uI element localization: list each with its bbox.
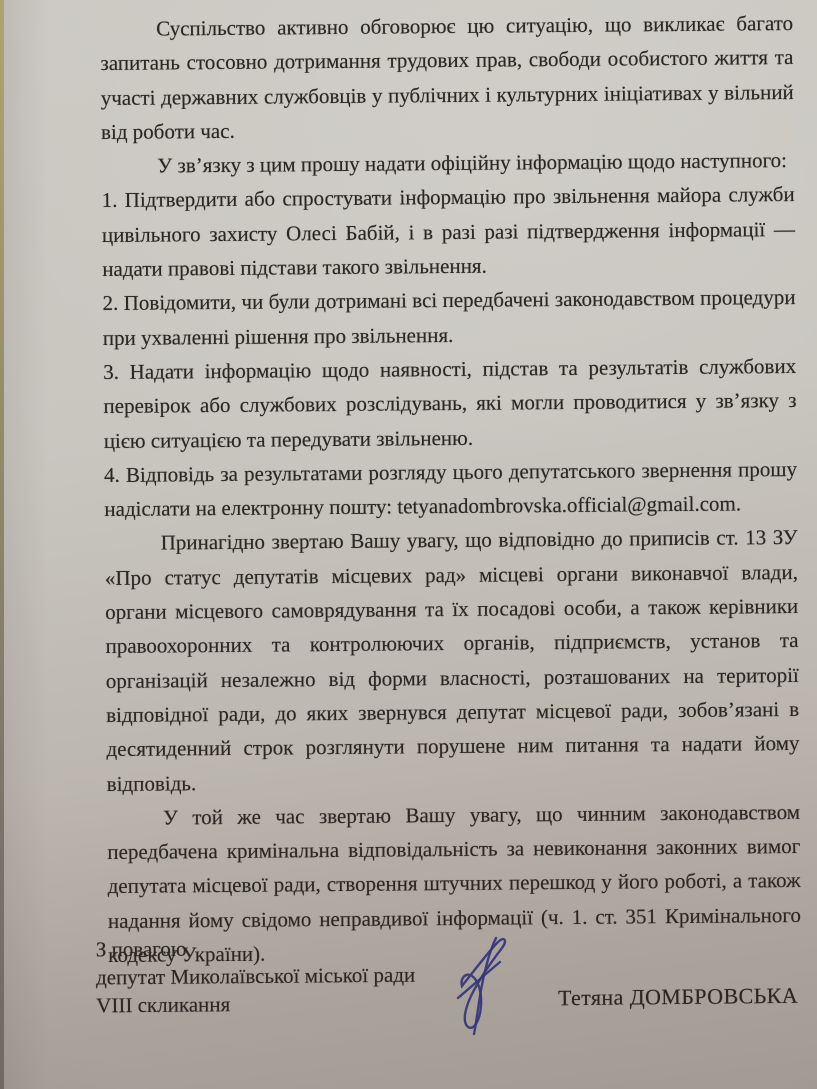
list-item-text: Підтвердити або спростувати інформацію п… <box>102 182 795 281</box>
closing-respect: З повагою <box>96 933 415 964</box>
list-item-number: 2. <box>102 291 118 315</box>
paragraph-law-reference: Принагідно звертаю Вашу увагу, що відпов… <box>105 520 800 800</box>
list-item-text: Відповідь за результатами розгляду цього… <box>104 457 797 521</box>
page-left-edge <box>0 0 4 1089</box>
list-item-text: Надати інформацію щодо наявності, підста… <box>103 354 796 453</box>
closing-block: З повагою депутат Миколаївської міської … <box>96 933 416 1020</box>
list-item-text: Повідомити, чи були дотримані всі передб… <box>103 285 796 349</box>
list-item-1: 1. Підтвердити або спростувати інформаці… <box>102 177 796 286</box>
closing-convocation: VIII скликання <box>96 989 415 1020</box>
list-item-number: 3. <box>103 360 119 384</box>
list-item-4: 4. Відповідь за результатами розгляду ць… <box>104 452 798 527</box>
letter-body: Суспільство активно обговорює цю ситуаці… <box>100 6 801 972</box>
list-item-number: 1. <box>102 188 118 212</box>
list-item-2: 2. Повідомити, чи були дотримані всі пер… <box>102 280 796 355</box>
list-item-3: 3. Надати інформацію щодо наявності, під… <box>103 349 797 458</box>
scanned-letter-page: Суспільство активно обговорює цю ситуаці… <box>0 0 817 1089</box>
handwritten-signature <box>432 928 542 1040</box>
closing-position: депутат Миколаївської міської ради <box>96 961 415 992</box>
list-item-number: 4. <box>104 463 120 487</box>
paragraph-society: Суспільство активно обговорює цю ситуаці… <box>100 6 794 149</box>
signer-name: Тетяна ДОМБРОВСЬКА <box>558 983 798 1012</box>
